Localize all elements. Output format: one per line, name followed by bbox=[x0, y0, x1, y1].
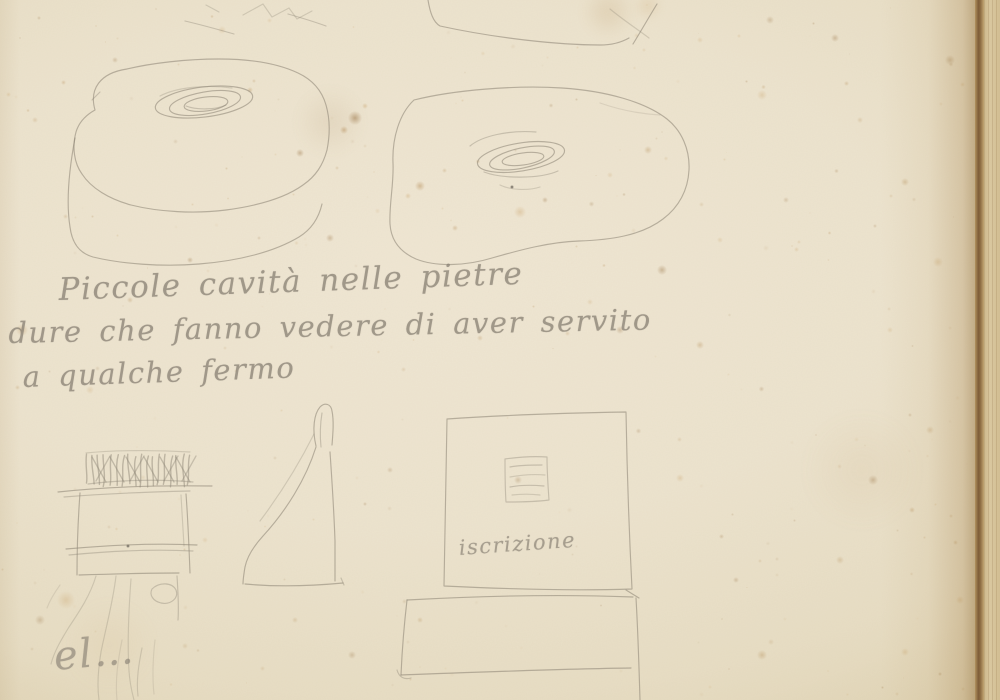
square-slab-with-inscription-panel bbox=[444, 412, 632, 590]
sketchbook-page: Piccole cavità nelle pietre dure che fan… bbox=[0, 0, 1000, 700]
structure-with-hatched-top bbox=[58, 451, 212, 575]
book-fore-edge bbox=[984, 0, 1000, 700]
paper-grain-texture bbox=[0, 0, 1000, 700]
page-edge bbox=[975, 0, 984, 700]
bottle-or-spout-outline bbox=[243, 404, 344, 586]
pencil-sketch-layer bbox=[0, 0, 1000, 700]
stone-block-with-oval-cavity-left bbox=[68, 59, 329, 265]
rectangular-base-block bbox=[397, 590, 640, 700]
partial-word-bottom-left: el… bbox=[52, 627, 137, 680]
